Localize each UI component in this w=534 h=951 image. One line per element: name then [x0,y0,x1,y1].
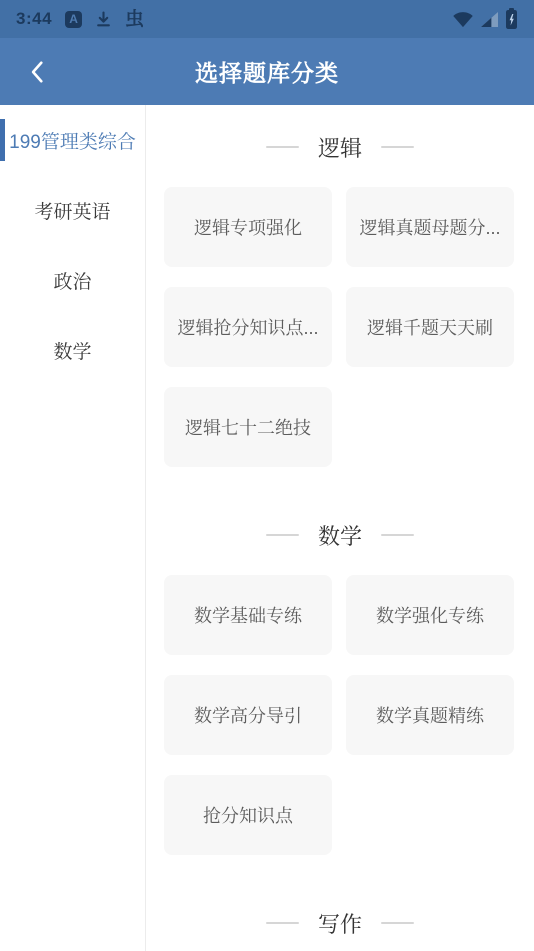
bug-icon: 虫 [125,10,144,29]
subcategory-button[interactable]: 逻辑七十二绝技 [164,387,332,467]
section-title-text: 逻辑 [318,132,362,163]
divider-dash-right [381,534,414,536]
sidebar-item-politics[interactable]: 政治 [0,245,145,315]
section-title-text: 数学 [318,520,362,551]
section-grid-logic: 逻辑专项强化 逻辑真题母题分... 逻辑抢分知识点... 逻辑千题天天刷 逻辑七… [164,187,516,467]
section-title-math: 数学 [164,521,516,549]
category-sidebar: 199管理类综合 考研英语 政治 数学 [0,105,146,951]
status-time: 3:44 [16,9,52,29]
subcategory-panel: 逻辑 逻辑专项强化 逻辑真题母题分... 逻辑抢分知识点... 逻辑千题天天刷 … [146,105,534,951]
page-body: 199管理类综合 考研英语 政治 数学 逻辑 逻辑专项强化 逻辑真题母题分... [0,105,534,951]
app-screen: 3:44 A 虫 [0,0,534,951]
subcategory-button[interactable]: 数学真题精练 [346,675,514,755]
subcategory-button[interactable]: 数学基础专练 [164,575,332,655]
section-grid-math: 数学基础专练 数学强化专练 数学高分导引 数学真题精练 抢分知识点 [164,575,516,855]
subcategory-button[interactable]: 数学强化专练 [346,575,514,655]
sidebar-item-english[interactable]: 考研英语 [0,175,145,245]
subcategory-button[interactable]: 逻辑真题母题分... [346,187,514,267]
sidebar-item-label: 199管理类综合 [9,127,136,154]
a-badge-icon: A [65,11,82,28]
status-bar: 3:44 A 虫 [0,0,534,38]
status-bar-right [452,8,518,30]
cellular-signal-icon [480,11,499,28]
divider-dash-right [381,922,414,924]
download-icon [95,11,112,28]
sidebar-item-math[interactable]: 数学 [0,315,145,385]
divider-dash-left [266,534,299,536]
section-title-logic: 逻辑 [164,133,516,161]
sidebar-item-label: 数学 [53,337,91,364]
battery-charging-icon [505,8,518,30]
page-title: 选择题库分类 [0,55,534,88]
section-title-writing: 写作 [164,909,516,937]
section-title-text: 写作 [318,908,362,939]
sidebar-item-label: 考研英语 [34,197,110,224]
sidebar-item-199-management[interactable]: 199管理类综合 [0,105,145,175]
subcategory-button[interactable]: 逻辑千题天天刷 [346,287,514,367]
subcategory-button[interactable]: 逻辑专项强化 [164,187,332,267]
subcategory-button[interactable]: 抢分知识点 [164,775,332,855]
subcategory-button[interactable]: 数学高分导引 [164,675,332,755]
divider-dash-right [381,146,414,148]
app-header: 选择题库分类 [0,38,534,105]
sidebar-item-label: 政治 [53,267,91,294]
divider-dash-left [266,922,299,924]
subcategory-button[interactable]: 逻辑抢分知识点... [164,287,332,367]
selected-indicator-bar [0,119,5,161]
back-button[interactable] [20,54,56,90]
chevron-left-icon [27,60,49,84]
divider-dash-left [266,146,299,148]
wifi-icon [452,10,474,28]
